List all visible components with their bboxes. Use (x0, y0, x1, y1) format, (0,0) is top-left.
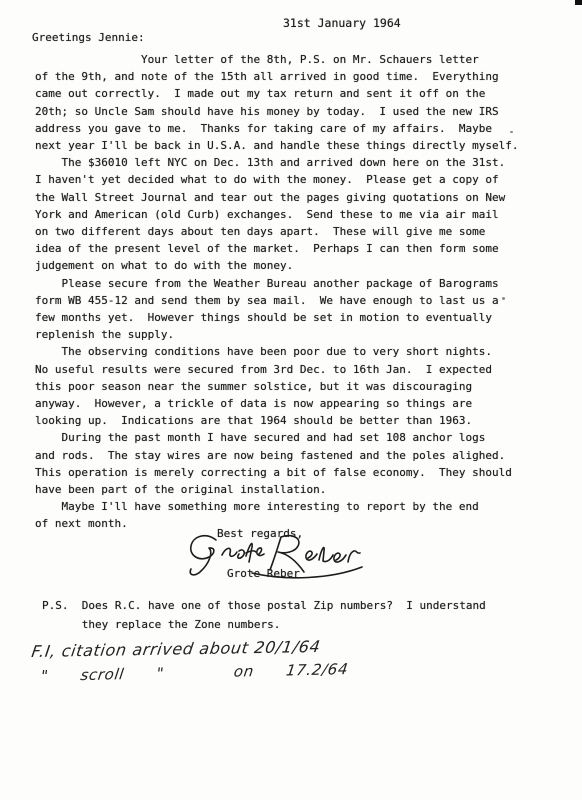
salutation: Greetings Jennie: (32, 31, 145, 44)
handwritten-annotation-1: F.I, citation arrived about 20/1/64 (30, 637, 321, 661)
letter-date: 31st January 1964 (283, 16, 401, 30)
letter-body: Your letter of the 8th, P.S. on Mr. Scha… (35, 51, 535, 533)
letter-page: 31st January 1964 Greetings Jennie: Your… (0, 0, 582, 800)
postscript: P.S. Does R.C. have one of those postal … (42, 597, 486, 634)
scan-corner-artifact (575, 0, 582, 5)
typed-signature-name: Grote Reber (227, 567, 300, 580)
handwritten-annotation-2: " scroll " on 17.2/64 (40, 660, 350, 685)
